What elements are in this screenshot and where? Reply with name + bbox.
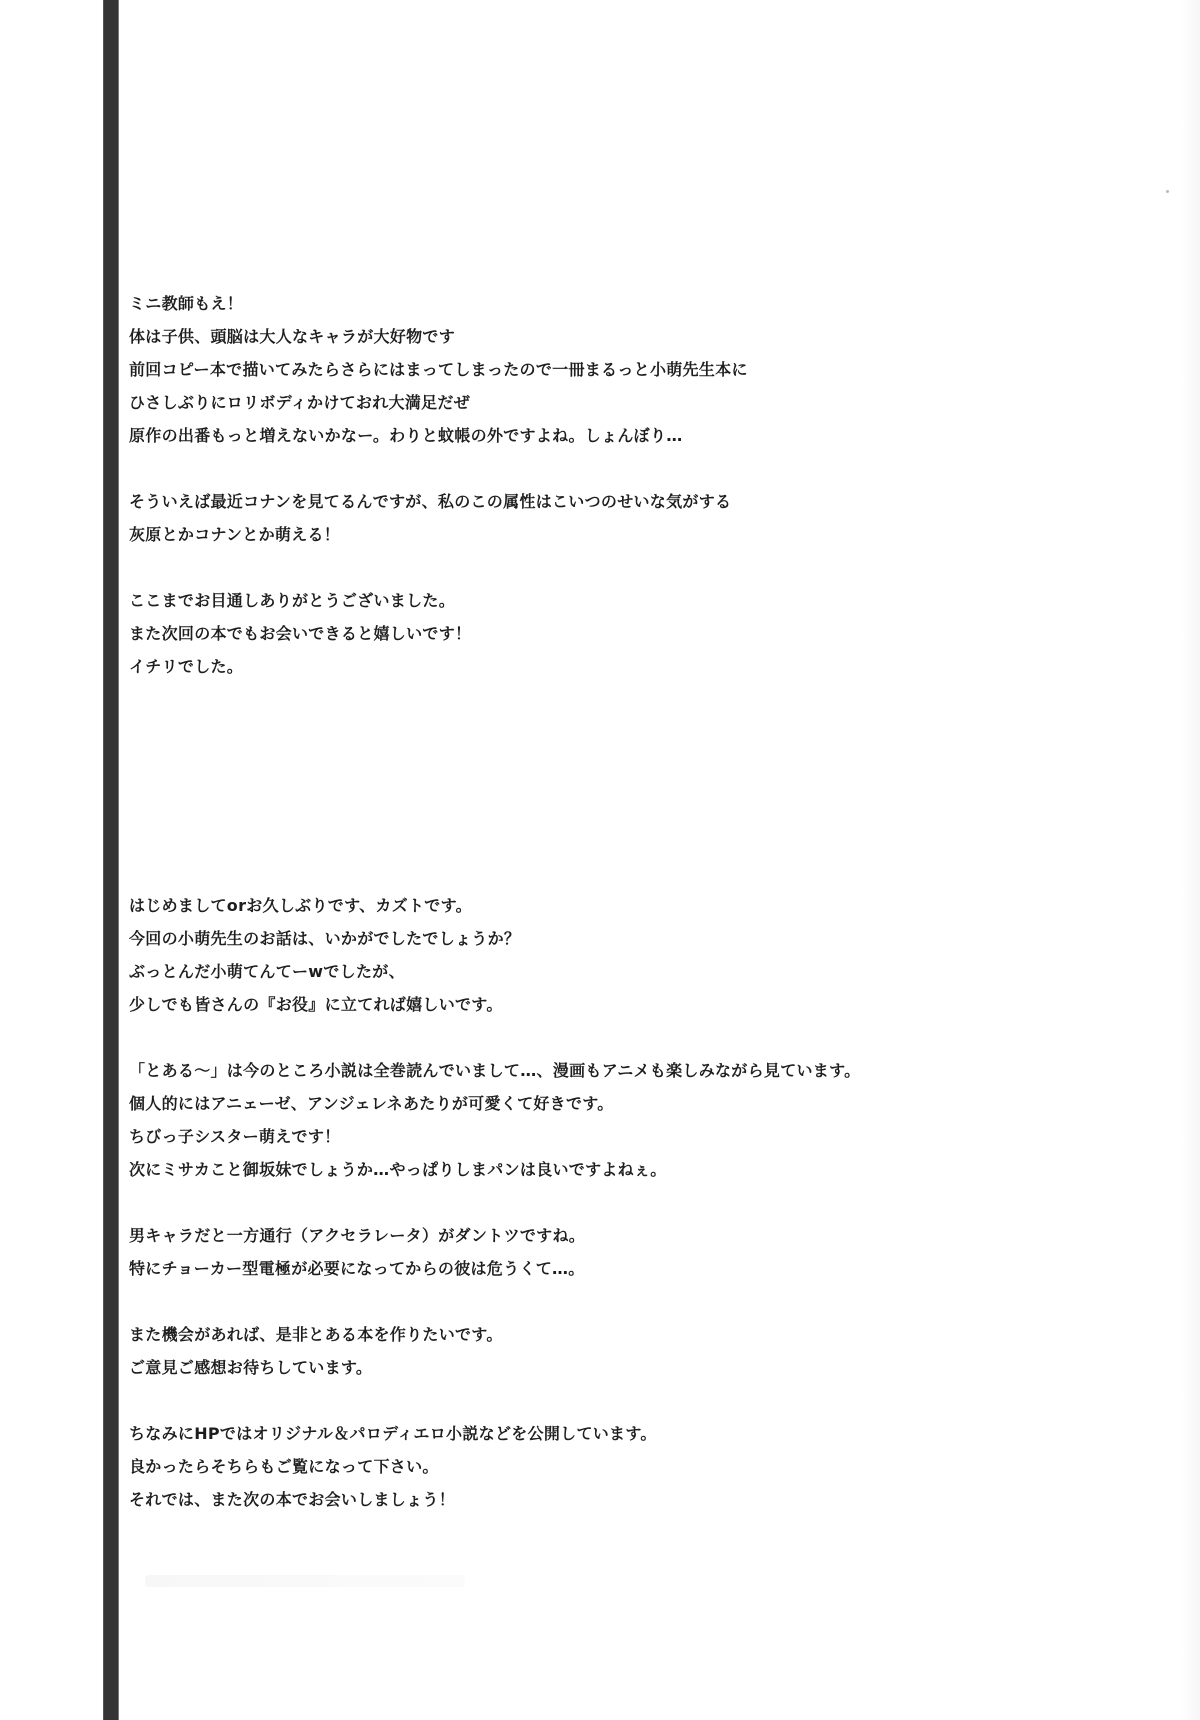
paragraph-gap xyxy=(129,452,1109,485)
text-line: はじめましてorお久しぶりです、カズトです。 xyxy=(129,889,1109,922)
paragraph-gap xyxy=(129,1021,1109,1054)
page-edge-shadow xyxy=(1182,0,1200,1720)
text-line: そういえば最近コナンを見てるんですが、私のこの属性はこいつのせいな気がする xyxy=(129,485,1109,518)
text-line: ひさしぶりにロリボディかけておれ大満足だぜ xyxy=(129,386,1109,419)
text-line: 少しでも皆さんの『お役』に立てれば嬉しいです。 xyxy=(129,988,1109,1021)
text-line: ちなみにHPではオリジナル＆パロディエロ小説などを公開しています。 xyxy=(129,1417,1109,1450)
text-line: 原作の出番もっと増えないかなー。わりと蚊帳の外ですよね。しょんぼり… xyxy=(129,419,1109,452)
afterword-page: ミニ教師もえ！ 体は子供、頭脳は大人なキャラが大好物です 前回コピー本で描いてみ… xyxy=(0,0,1200,1720)
text-line: また次回の本でもお会いできると嬉しいです！ xyxy=(129,617,1109,650)
text-line: 灰原とかコナンとか萌える！ xyxy=(129,518,1109,551)
text-line: それでは、また次の本でお会いしましょう！ xyxy=(129,1483,1109,1516)
text-line: 体は子供、頭脳は大人なキャラが大好物です xyxy=(129,320,1109,353)
text-line: ミニ教師もえ！ xyxy=(129,287,1109,320)
spine-bar xyxy=(103,0,119,1720)
signature-line: イチリでした。 xyxy=(129,650,1109,683)
paragraph-gap xyxy=(129,1384,1109,1417)
paragraph-gap xyxy=(129,551,1109,584)
text-line: 今回の小萌先生のお話は、いかがでしたでしょうか？ xyxy=(129,922,1109,955)
afterword-section-kazuto: はじめましてorお久しぶりです、カズトです。 今回の小萌先生のお話は、いかがでし… xyxy=(129,889,1109,1516)
text-line: 「とある～」は今のところ小説は全巻読んでいまして…、漫画もアニメも楽しみながら見… xyxy=(129,1054,1109,1087)
text-line: ここまでお目通しありがとうございました。 xyxy=(129,584,1109,617)
text-line: 個人的にはアニェーゼ、アンジェレネあたりが可愛くて好きです。 xyxy=(129,1087,1109,1120)
text-line: 前回コピー本で描いてみたらさらにはまってしまったので一冊まるっと小萌先生本に xyxy=(129,353,1109,386)
scan-bleed-through xyxy=(145,1575,465,1587)
text-line: また機会があれば、是非とある本を作りたいです。 xyxy=(129,1318,1109,1351)
text-line: ちびっ子シスター萌えです！ xyxy=(129,1120,1109,1153)
text-line: 男キャラだと一方通行（アクセラレータ）がダントツですね。 xyxy=(129,1219,1109,1252)
afterword-section-ichiri: ミニ教師もえ！ 体は子供、頭脳は大人なキャラが大好物です 前回コピー本で描いてみ… xyxy=(129,287,1109,683)
paragraph-gap xyxy=(129,1186,1109,1219)
text-line: ご意見ご感想お待ちしています。 xyxy=(129,1351,1109,1384)
scan-speck xyxy=(1166,190,1169,193)
paragraph-gap xyxy=(129,1285,1109,1318)
text-line: ぶっとんだ小萌てんてーwでしたが、 xyxy=(129,955,1109,988)
text-line: 特にチョーカー型電極が必要になってからの彼は危うくて…。 xyxy=(129,1252,1109,1285)
text-line: 良かったらそちらもご覧になって下さい。 xyxy=(129,1450,1109,1483)
text-line: 次にミサカこと御坂妹でしょうか…やっぱりしまパンは良いですよねぇ。 xyxy=(129,1153,1109,1186)
